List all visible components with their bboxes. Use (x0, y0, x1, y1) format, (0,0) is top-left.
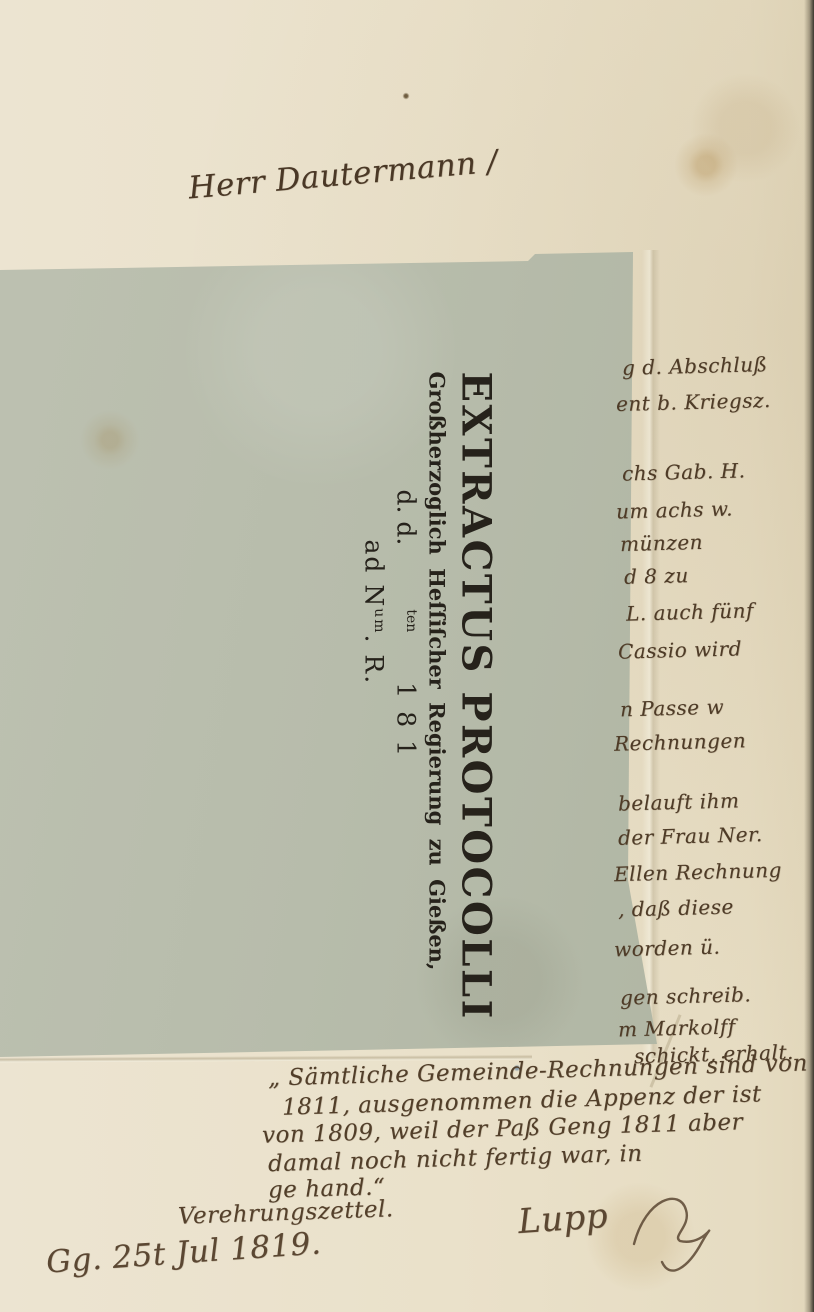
signature-flourish (628, 1186, 748, 1286)
handwriting-fragment: m Markolff (618, 1016, 736, 1039)
handwriting-fragment: der Frau Ner. (618, 824, 763, 848)
scan-border-edge (804, 0, 814, 1312)
stamp-title: EXTRACTUS PROTOCOLLI (454, 372, 498, 930)
handwriting-fragment: um achs w. (616, 498, 733, 521)
stamp-year-digits: 181 (391, 682, 420, 769)
handwriting-fragment: gen schreib. (620, 984, 752, 1007)
handwriting-fragment: chs Gab. H. (622, 460, 746, 483)
printed-stamp: EXTRACTUS PROTOCOLLI Großherzoglich Heſſ… (345, 372, 498, 930)
handwriting-fragment: n Passe w (620, 697, 725, 720)
handwriting-fragment: münzen (620, 532, 703, 554)
handwriting-fragment: , daß diese (618, 896, 734, 919)
handwriting-fragment: Cassio wird (618, 638, 742, 661)
stamp-date-line: d. d.ten181 (392, 490, 420, 930)
stamp-date-superscript: ten (403, 609, 419, 632)
handwriting-fragment: Ellen Rechnung (614, 860, 782, 884)
handwriting-fragment: L. auch fünf (626, 600, 754, 623)
stamp-authority-line: Großherzoglich Heſſiſcher Regierung zu G… (425, 372, 448, 930)
stamp-number-superscript: um (371, 608, 387, 634)
stamp-number-prefix: ad N (360, 540, 389, 609)
stamp-number-suffix: . R. (360, 635, 389, 686)
handwriting-fragment: g d. Abschluß (622, 354, 768, 378)
stamp-date-prefix: d. d. (391, 490, 420, 546)
handwriting-fragment: belauft ihm (618, 790, 740, 813)
stamp-number-line: ad Num. R. (360, 540, 388, 930)
handwriting-fragment: ent b. Kriegsz. (616, 390, 771, 414)
handwriting-fragment: d 8 zu (624, 565, 689, 587)
handwriting-fragment: Rechnungen (614, 730, 747, 753)
signature: Lupp (517, 1199, 609, 1239)
handwriting-fragment: worden ü. (614, 937, 721, 960)
document-scan: Herr Dautermann / EXTRACTUS PROTOCOLLI G… (0, 0, 814, 1312)
